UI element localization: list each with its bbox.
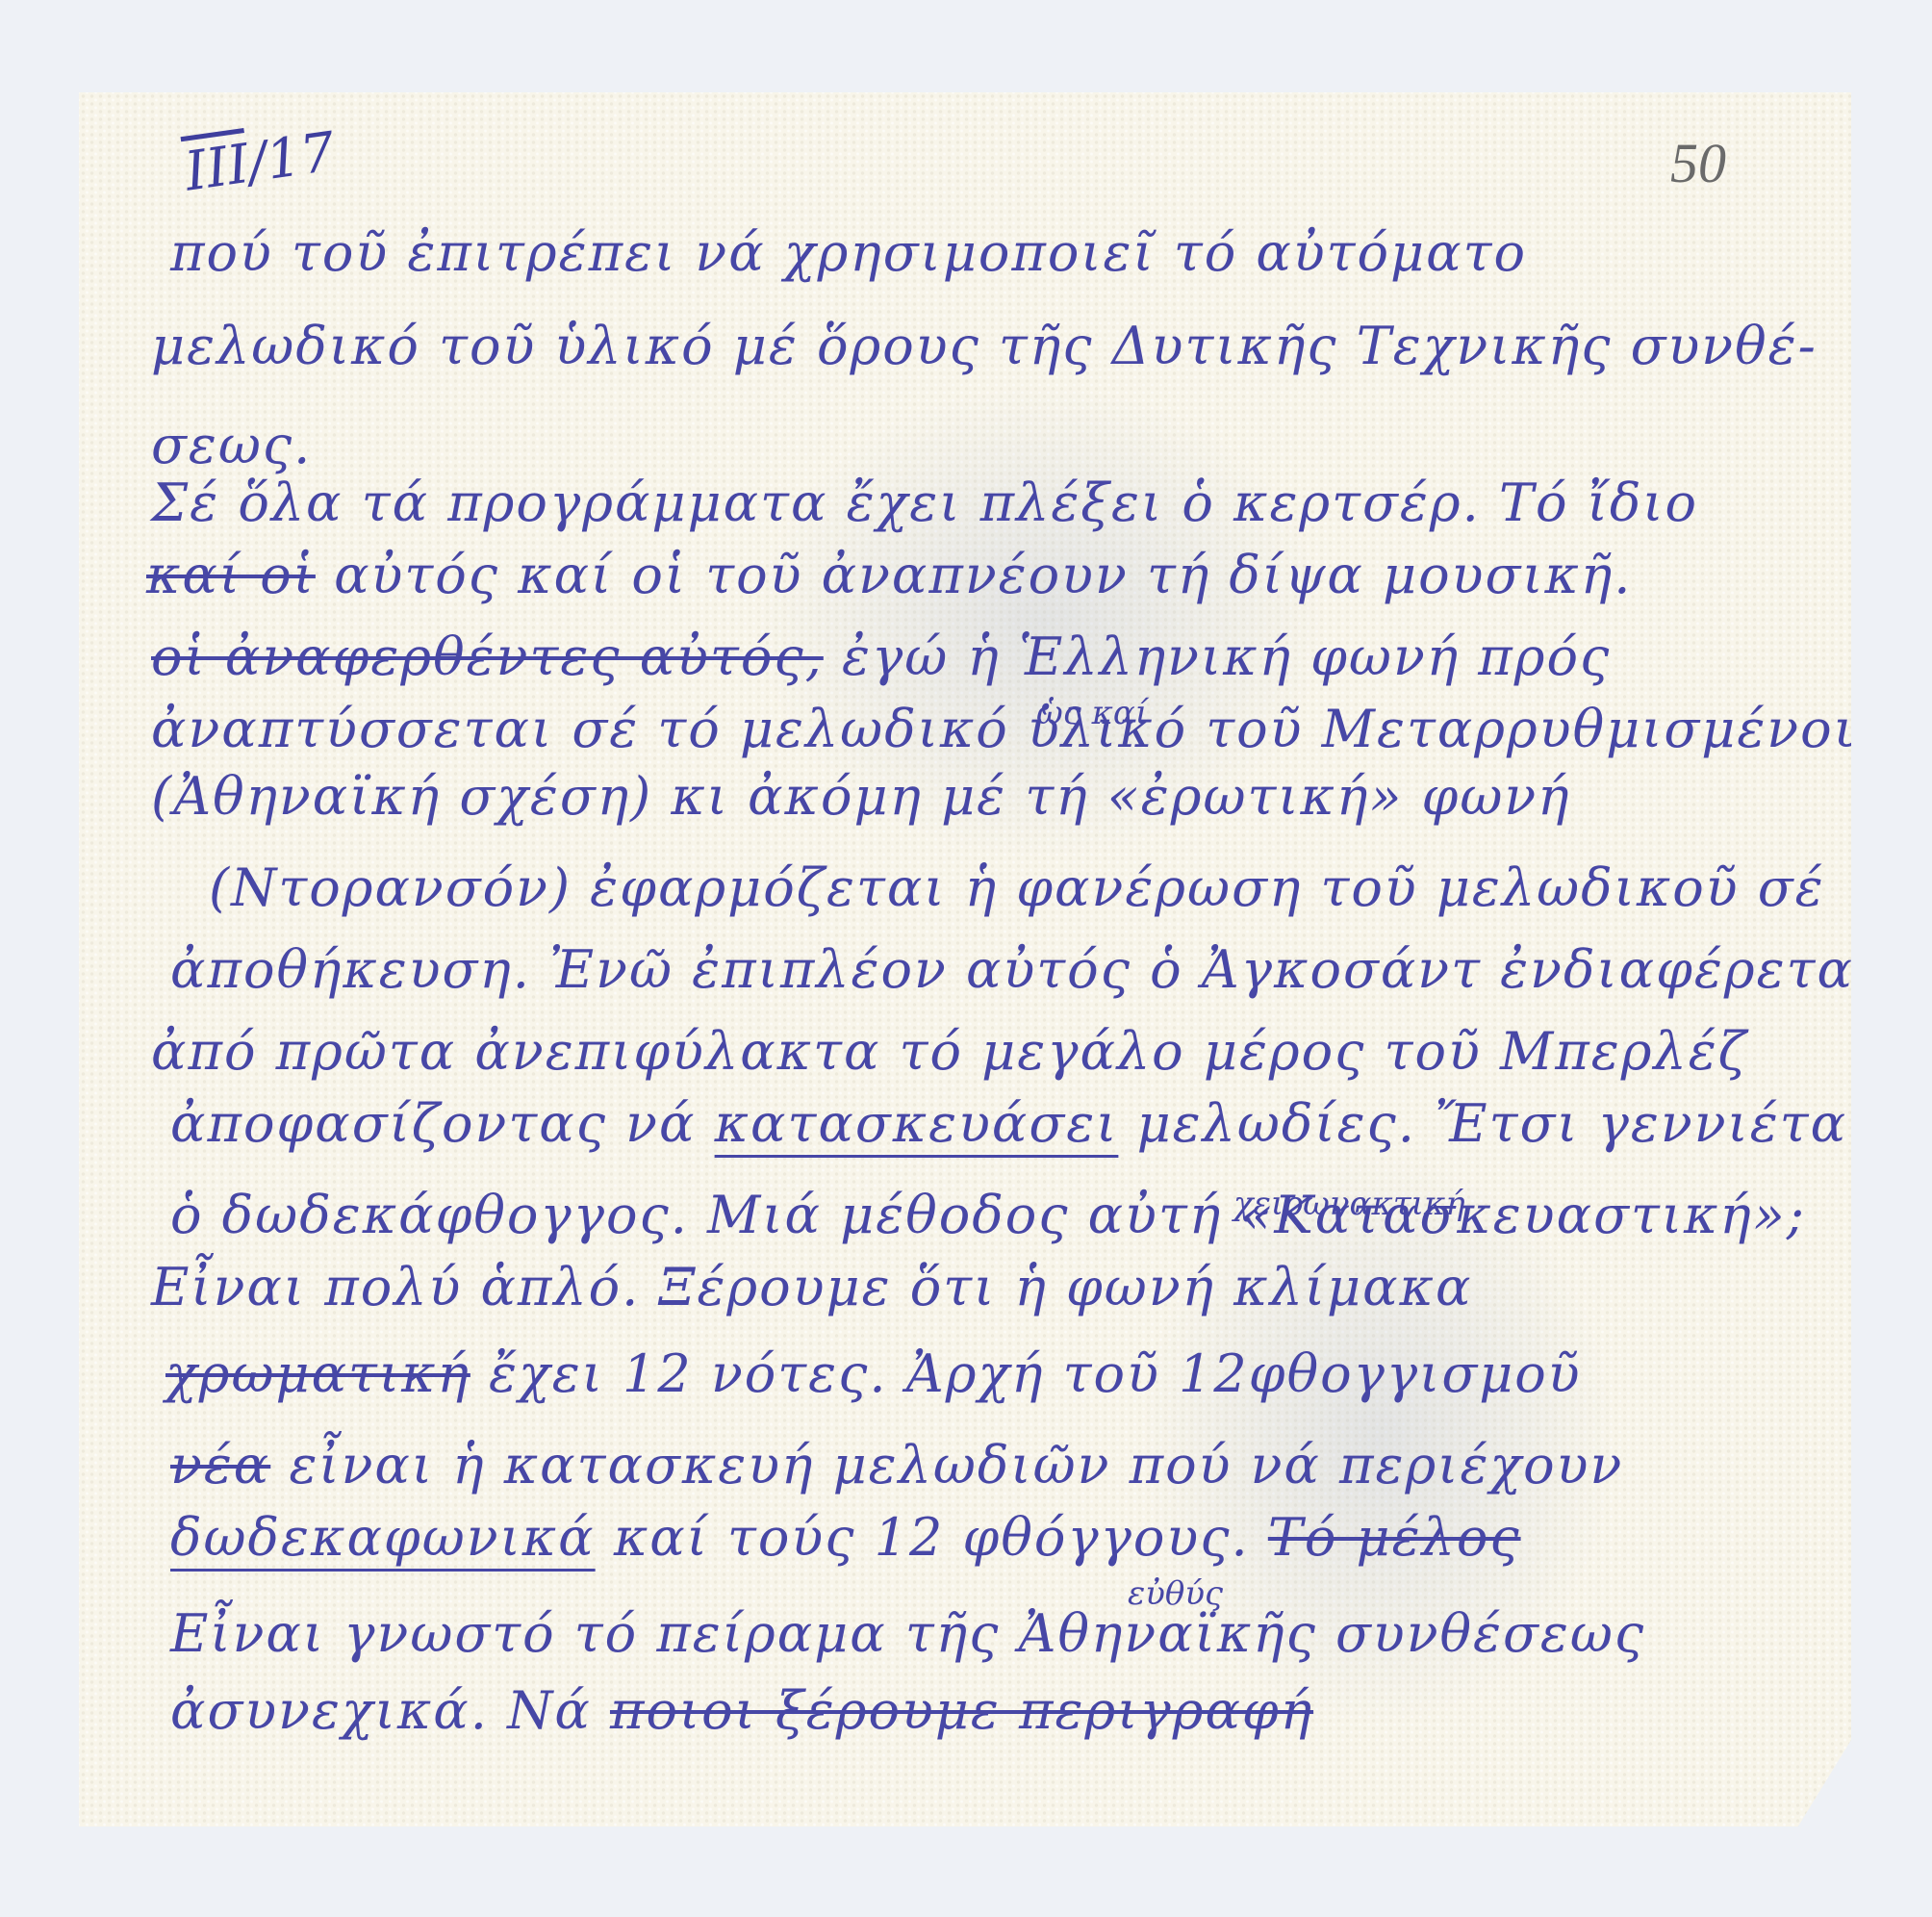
text-line-6: οἱ ἀναφερθέντες αὐτός, ἐγώ ἡ Ἑλληνική φω…: [151, 626, 1611, 687]
text-line-19: ἀσυνεχικά. Νά ποιοι ξέρουμε περιγραφή: [170, 1680, 1313, 1741]
line-text: μελωδίες. Ἔτσι γεννιέται: [1137, 1093, 1870, 1154]
line-text: αὐτός καί οἱ τοῦ ἀναπνέουν τή δίψα μουσι…: [334, 545, 1632, 605]
text-line-17: δωδεκαφωνικά καί τούς 12 φθόγγους. Τό μέ…: [170, 1507, 1521, 1568]
text-line-11: ἀπό πρῶτα ἀνεπιφύλακτα τό μεγάλο μέρος τ…: [151, 1021, 1748, 1082]
line-text: μελωδικό τοῦ ὑλικό μέ ὅρους τῆς Δυτικῆς …: [151, 316, 1818, 376]
text-line-5: καί οἱ αὐτός καί οἱ τοῦ ἀναπνέουν τή δίψ…: [146, 545, 1632, 605]
line-text: ἔχει 12 νότες. Ἀρχή τοῦ 12φθογγισμοῦ: [489, 1343, 1582, 1404]
text-line-2: μελωδικό τοῦ ὑλικό μέ ὅρους τῆς Δυτικῆς …: [151, 316, 1818, 376]
text-line-14: Εἶναι πολύ ἁπλό. Ξέρουμε ὅτι ἡ φωνή κλίμ…: [151, 1257, 1472, 1317]
struck-text: ποιοι ξέρουμε περιγραφή: [610, 1680, 1313, 1741]
folio-reference: III/17: [181, 120, 339, 203]
text-line-4: Σέ ὅλα τά προγράμματα ἔχει πλέξει ὁ κερτ…: [151, 473, 1698, 533]
text-line-16: νέα εἶναι ἡ κατασκευή μελωδιῶν πού νά πε…: [170, 1435, 1623, 1495]
underlined-text: δωδεκαφωνικά: [170, 1507, 596, 1568]
struck-text: νέα: [170, 1435, 270, 1495]
line-text: (Ντορανσόν) ἐφαρμόζεται ἡ φανέρωση τοῦ μ…: [209, 857, 1825, 918]
line-text: ἀπό πρῶτα ἀνεπιφύλακτα τό μεγάλο μέρος τ…: [151, 1021, 1748, 1082]
text-line-12: ἀποφασίζοντας νά κατασκευάσει μελωδίες. …: [170, 1093, 1869, 1154]
line-text: σεως.: [151, 415, 312, 475]
line-text: ἀσυνεχικά.: [170, 1680, 489, 1741]
struck-text: Τό μέλος: [1268, 1507, 1521, 1568]
line-text: πού τοῦ ἐπιτρέπει νά χρησιμοποιεῖ τό αὐτ…: [170, 222, 1527, 283]
line-text: ἀποθήκευση. Ἐνῶ ἐπιπλέον αὐτός ὁ Ἀγκοσάν…: [170, 939, 1876, 1000]
line-text: ἐγώ ἡ Ἑλληνική φωνή πρός: [842, 626, 1611, 687]
line-text: Εἶναι πολύ ἁπλό. Ξέρουμε ὅτι ἡ φωνή κλίμ…: [151, 1257, 1472, 1317]
text-line-18: Εἶναι γνωστό τό πείραμα τῆς Ἀθηναϊκῆς συ…: [170, 1603, 1645, 1664]
manuscript-page: III/17 50 πού τοῦ ἐπιτρέπει νά χρησιμοπο…: [79, 92, 1851, 1827]
struck-text: οἱ ἀναφερθέντες αὐτός,: [151, 626, 824, 687]
underlined-text: κατασκευάσει: [715, 1093, 1119, 1154]
line-text: καί τούς 12 φθόγγους.: [614, 1507, 1250, 1568]
folio-number: 17: [263, 120, 340, 192]
line-text: (Ἀθηναϊκή σχέση) κι ἀκόμη μέ τή «ἐρωτική…: [151, 766, 1571, 827]
text-line-15: χρωματική ἔχει 12 νότες. Ἀρχή τοῦ 12φθογ…: [165, 1343, 1582, 1404]
line-text: Εἶναι γνωστό τό πείραμα τῆς Ἀθηναϊκῆς συ…: [170, 1603, 1645, 1664]
interlinear-insertion: ὡς καί: [1036, 694, 1148, 732]
line-text: Σέ ὅλα τά προγράμματα ἔχει πλέξει ὁ κερτ…: [151, 473, 1698, 533]
text-line-8: (Ἀθηναϊκή σχέση) κι ἀκόμη μέ τή «ἐρωτική…: [151, 766, 1571, 827]
struck-text: χρωματική: [165, 1343, 470, 1404]
text-line-13: ὁ δωδεκάφθογγος. Μιά μέθοδος αὐτή «Κατασ…: [170, 1185, 1806, 1245]
text-line-3: σεως.: [151, 415, 312, 475]
line-text: εἶναι ἡ κατασκευή μελωδιῶν πού νά περιέχ…: [289, 1435, 1623, 1495]
line-text: Νά: [507, 1680, 592, 1741]
text-line-10: ἀποθήκευση. Ἐνῶ ἐπιπλέον αὐτός ὁ Ἀγκοσάν…: [170, 939, 1876, 1000]
text-line-1: πού τοῦ ἐπιτρέπει νά χρησιμοποιεῖ τό αὐτ…: [170, 222, 1527, 283]
text-line-9: (Ντορανσόν) ἐφαρμόζεται ἡ φανέρωση τοῦ μ…: [209, 857, 1825, 918]
line-text: ὁ δωδεκάφθογγος. Μιά μέθοδος αὐτή «Κατασ…: [170, 1185, 1806, 1245]
page-number: 50: [1670, 131, 1726, 195]
struck-text: καί οἱ: [146, 545, 316, 605]
line-text: ἀποφασίζοντας νά: [170, 1093, 696, 1154]
folio-roman: III: [181, 133, 253, 204]
